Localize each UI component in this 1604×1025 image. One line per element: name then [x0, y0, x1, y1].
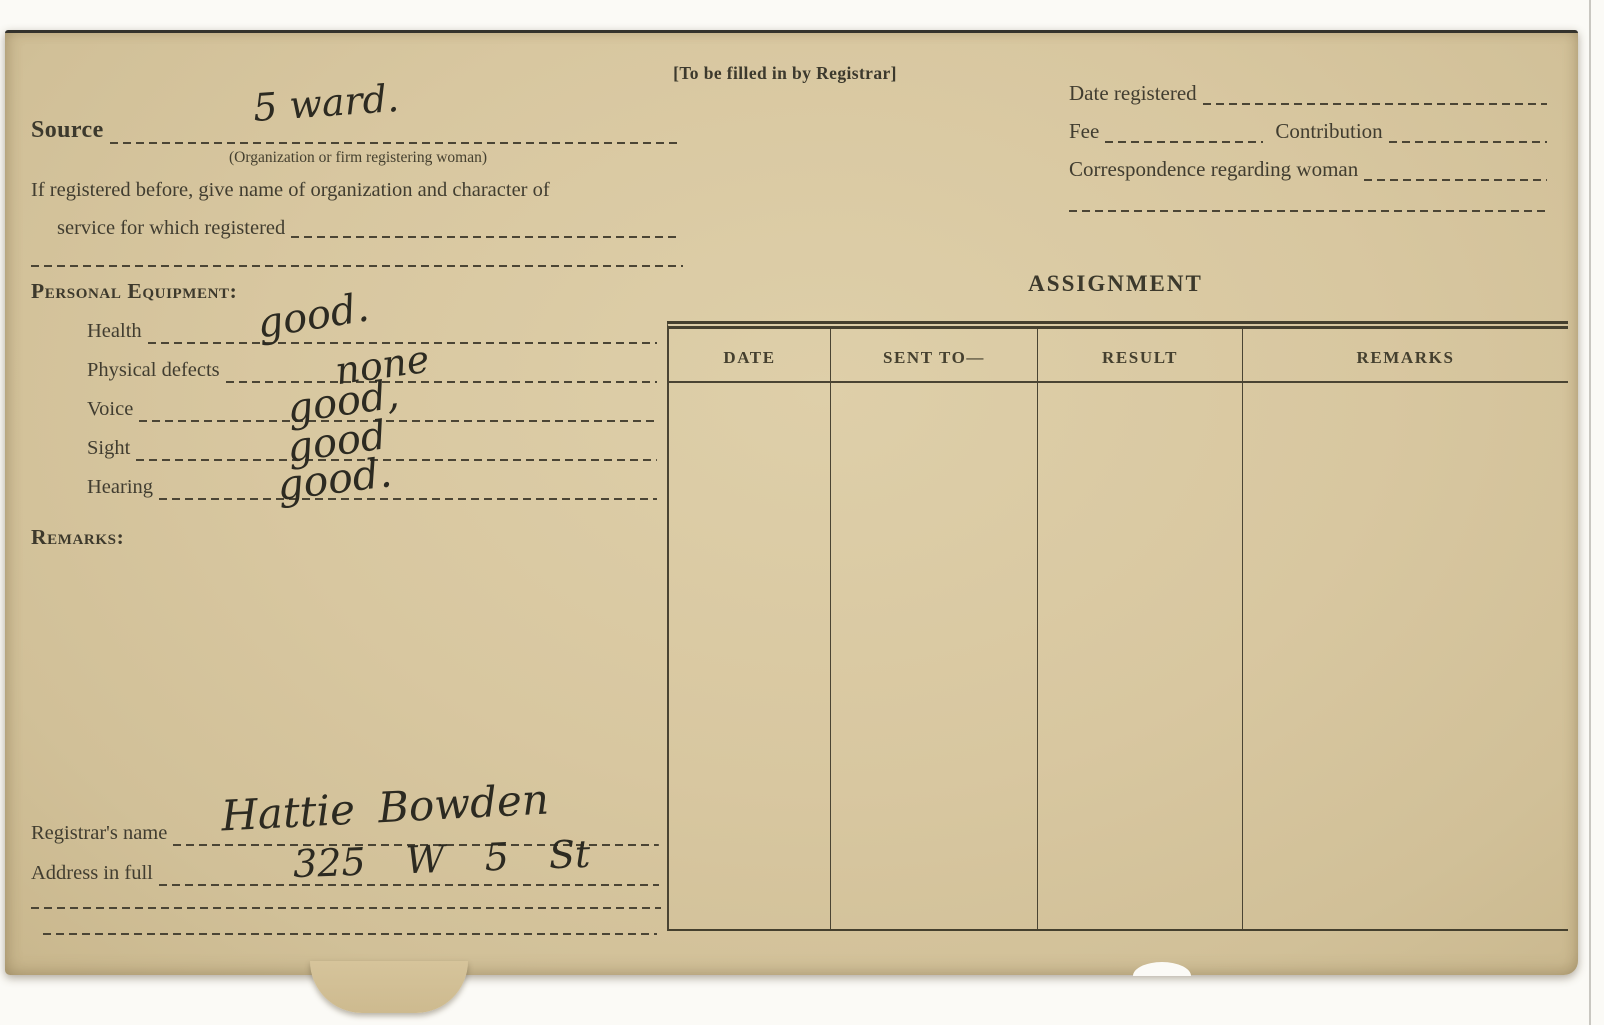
bottom-dashed-line	[43, 933, 657, 935]
registrar-name-label: Registrar's name	[31, 817, 167, 849]
correspondence-blank-line	[1364, 163, 1547, 181]
health-label: Health	[31, 315, 142, 347]
date-registered-blank-line	[1203, 87, 1547, 105]
physical-defects-label: Physical defects	[31, 354, 220, 386]
card-bottom-tab	[310, 961, 468, 1013]
hearing-label: Hearing	[31, 471, 153, 503]
registered-before-blank-line	[291, 220, 681, 238]
registration-section: Date registered Fee Contribution Corresp…	[1069, 70, 1549, 212]
correspondence-row: Correspondence regarding woman	[1069, 146, 1549, 184]
address-label: Address in full	[31, 857, 153, 889]
card-bottom-tear	[1133, 962, 1191, 976]
date-registered-row: Date registered	[1069, 70, 1549, 108]
source-section: Source (Organization or firm registering…	[31, 107, 683, 267]
fee-contribution-row: Fee Contribution	[1069, 108, 1549, 146]
registered-before-line2: service for which registered	[57, 215, 285, 241]
assignment-table: DATE SENT TO— RESULT REMARKS	[667, 321, 1568, 931]
voice-label: Voice	[31, 393, 133, 425]
assignment-table-body	[669, 383, 1568, 929]
address-continuation-line	[31, 907, 661, 909]
date-column-empty	[669, 383, 831, 929]
correspondence-label: Correspondence regarding woman	[1069, 154, 1358, 184]
assignment-table-header: DATE SENT TO— RESULT REMARKS	[669, 329, 1568, 383]
registered-before-continuation-line	[31, 265, 683, 267]
remarks-column-empty	[1243, 383, 1568, 929]
fee-blank-line	[1105, 125, 1263, 143]
hearing-blank-line	[159, 482, 657, 500]
column-header-remarks: REMARKS	[1243, 329, 1568, 381]
correspondence-continuation-line	[1069, 210, 1549, 212]
assignment-heading: ASSIGNMENT	[665, 271, 1566, 297]
sight-label: Sight	[31, 432, 130, 464]
column-header-sent-to: SENT TO—	[831, 329, 1038, 381]
date-registered-label: Date registered	[1069, 78, 1197, 108]
contribution-label: Contribution	[1275, 116, 1382, 146]
sight-blank-line	[136, 443, 657, 461]
registration-card: [To be filled in by Registrar] Date regi…	[5, 30, 1578, 975]
scanner-edge-shadow	[1589, 0, 1591, 1025]
physical-defects-blank-line	[226, 365, 657, 383]
result-column-empty	[1038, 383, 1243, 929]
sent-to-column-empty	[831, 383, 1038, 929]
source-caption: (Organization or firm registering woman)	[143, 149, 573, 167]
registered-before-line1: If registered before, give name of organ…	[31, 177, 683, 203]
registrar-note: [To be filled in by Registrar]	[550, 63, 1020, 84]
contribution-blank-line	[1389, 125, 1547, 143]
source-label: Source	[31, 113, 104, 147]
remarks-heading: Remarks:	[31, 525, 124, 550]
registered-before-row: service for which registered	[31, 215, 683, 241]
fee-label: Fee	[1069, 116, 1099, 146]
column-header-date: DATE	[669, 329, 831, 381]
source-blank-line	[110, 126, 681, 144]
column-header-result: RESULT	[1038, 329, 1243, 381]
